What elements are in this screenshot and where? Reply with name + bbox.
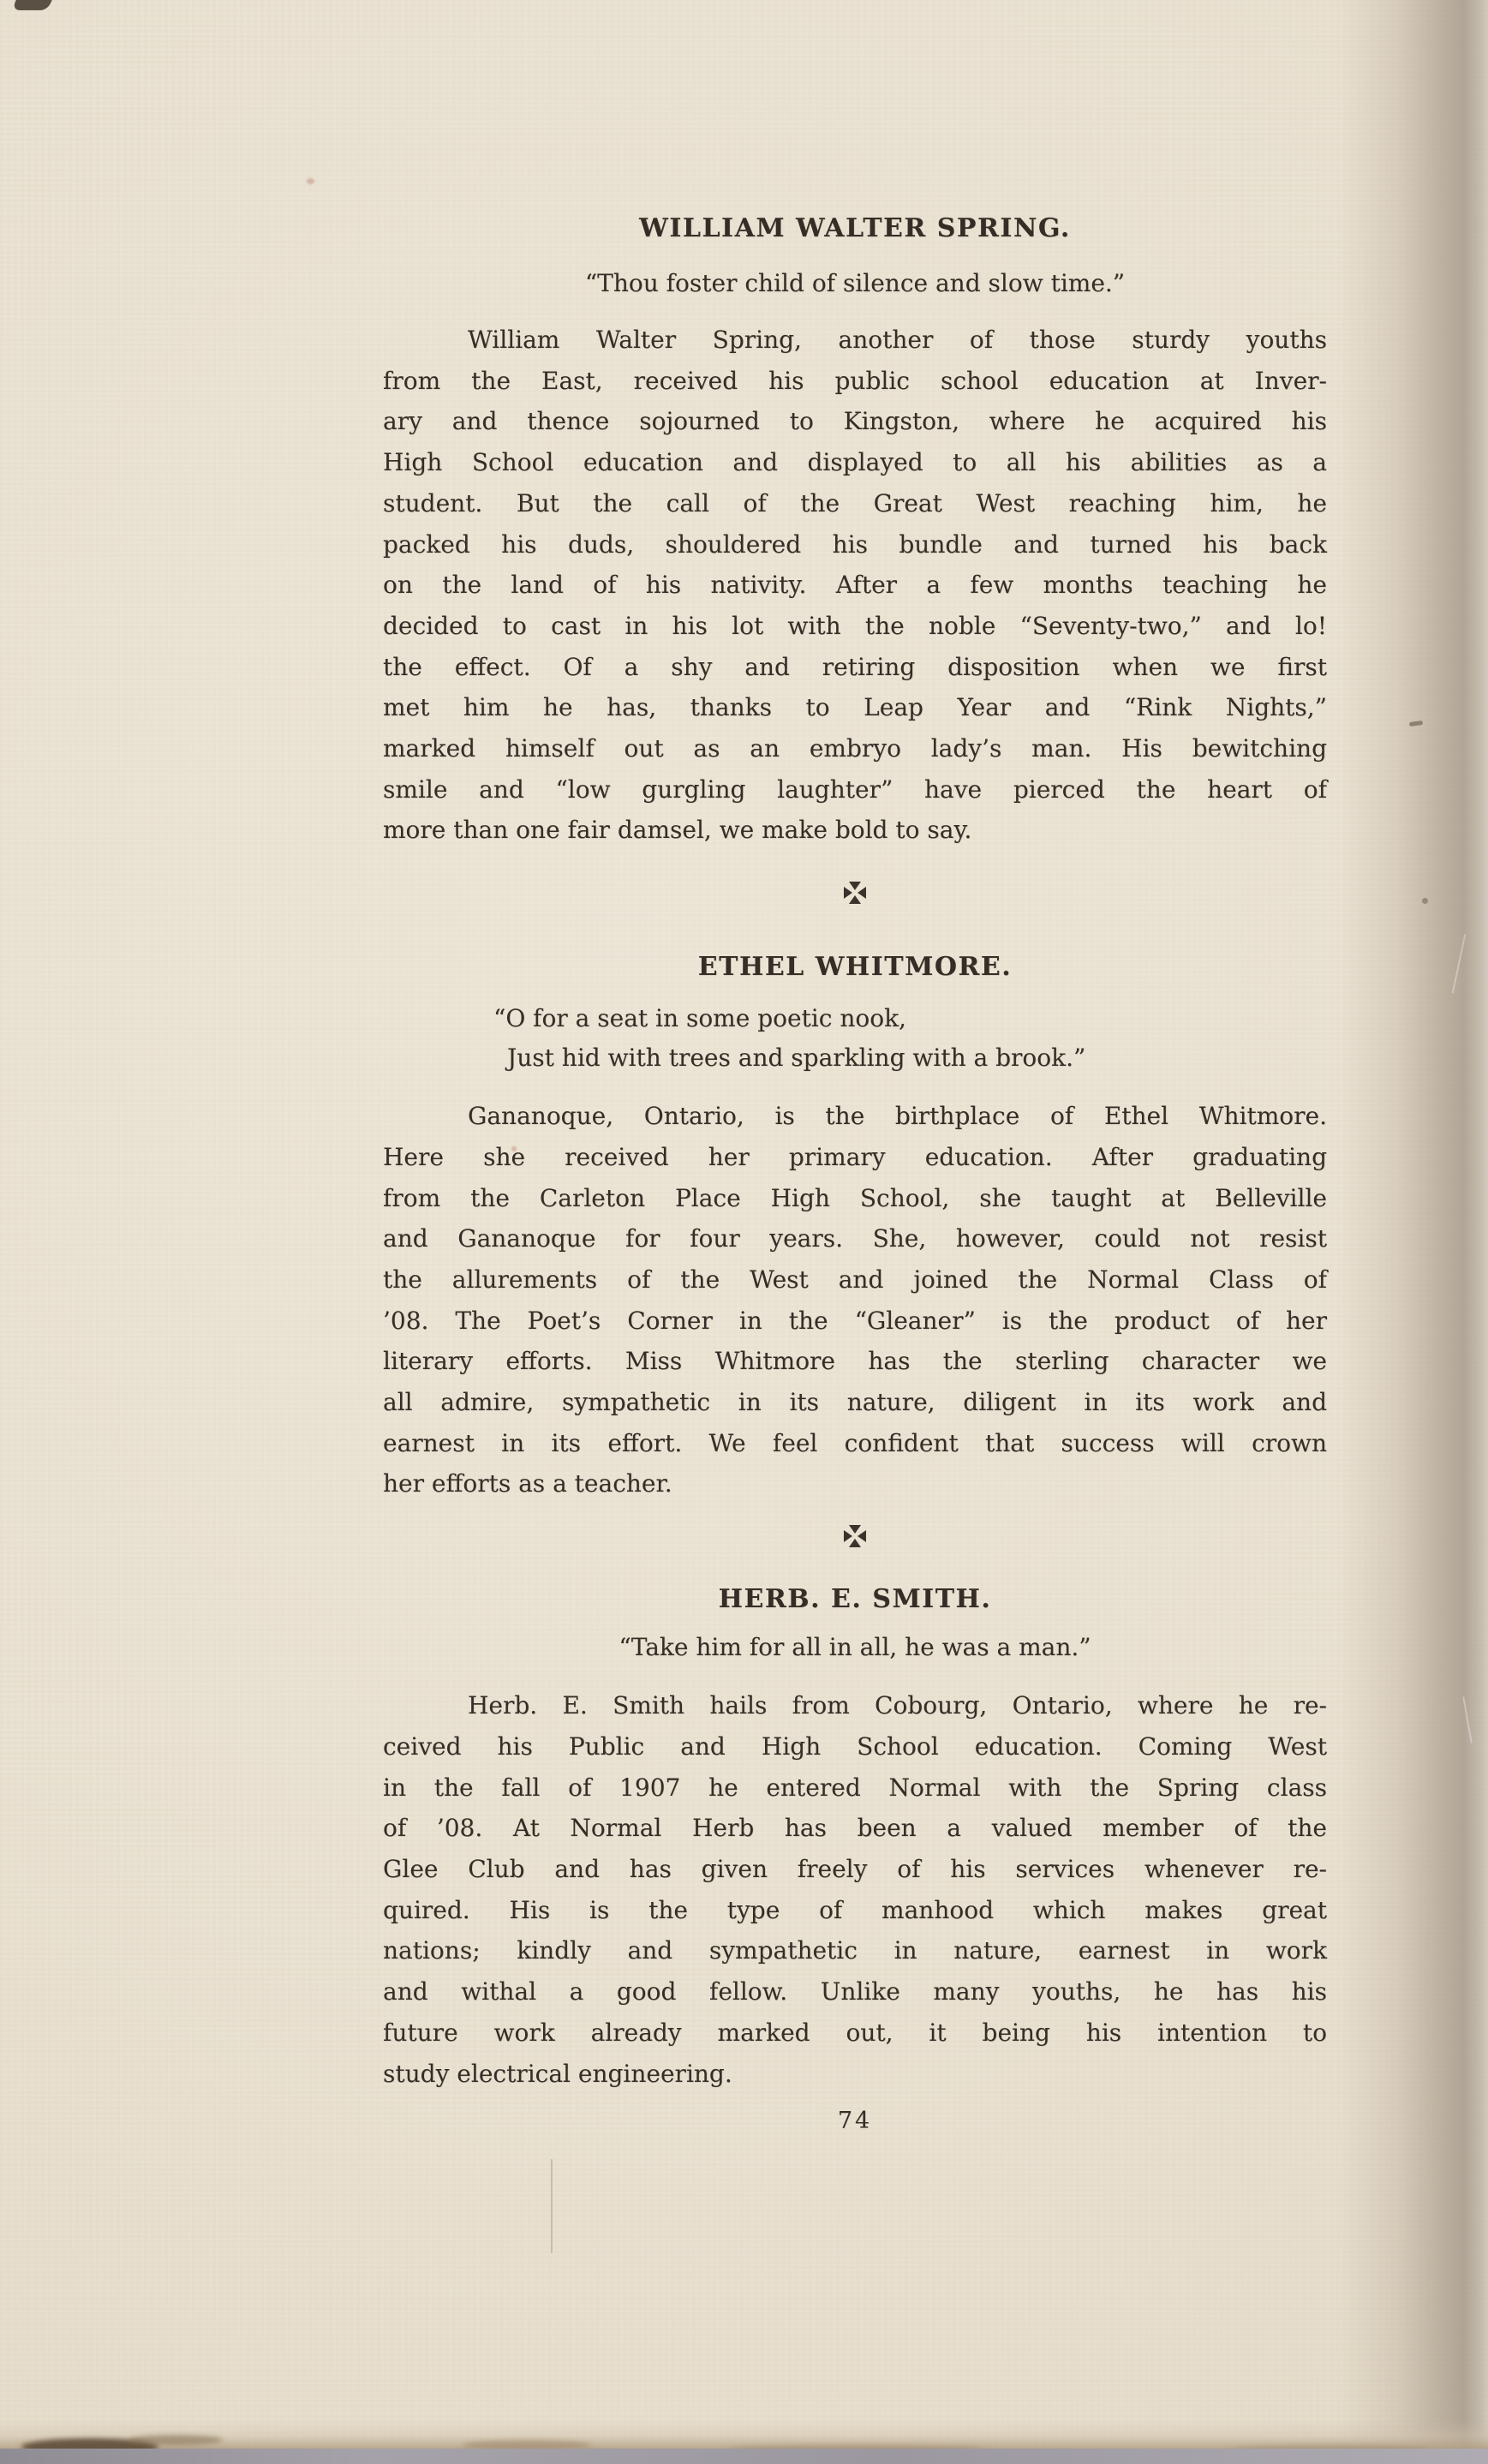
paragraph-line: on the land of his nativity. After a few… <box>383 565 1327 606</box>
paragraph-line: William Walter Spring, another of those … <box>383 320 1327 361</box>
document-section: HERB. E. SMITH.“Take him for all in all,… <box>383 1582 1327 2094</box>
paragraph-line: future work already marked out, it being… <box>383 2012 1327 2054</box>
section-divider-ornament <box>844 882 866 904</box>
paper-crease <box>551 2159 553 2253</box>
paragraph-line: smile and “low gurgling laughter” have p… <box>383 769 1327 810</box>
section-heading: HERB. E. SMITH. <box>383 1582 1327 1618</box>
section-divider-ornament <box>844 1525 866 1547</box>
section-quote: “Take him for all in all, he was a man.” <box>383 1628 1327 1667</box>
paragraph-line: her efforts as a teacher. <box>383 1463 1327 1504</box>
book-edge-shadow <box>1338 0 1488 2464</box>
paragraph-line: the effect. Of a shy and retiring dispos… <box>383 647 1327 688</box>
stain-speck <box>307 178 314 184</box>
paragraph-line: the allurements of the West and joined t… <box>383 1259 1327 1301</box>
paragraph-line: in the fall of 1907 he entered Normal wi… <box>383 1767 1327 1809</box>
section-heading: WILLIAM WALTER SPRING. <box>383 211 1327 247</box>
paragraph-line: student. But the call of the Great West … <box>383 483 1327 524</box>
paragraph-line: ’08. The Poet’s Corner in the “Gleaner” … <box>383 1301 1327 1342</box>
section-quote: “Thou foster child of silence and slow t… <box>383 264 1327 303</box>
section-heading: ETHEL WHITMORE. <box>383 949 1327 985</box>
page-number: 74 <box>383 2104 1327 2138</box>
paragraph-line: marked himself out as an embryo lady’s m… <box>383 728 1327 769</box>
sections-host: WILLIAM WALTER SPRING.“Thou foster child… <box>383 211 1327 2094</box>
quote-line: “O for a seat in some poetic nook, <box>493 999 1327 1038</box>
paragraph-line: from the Carleton Place High School, she… <box>383 1178 1327 1219</box>
ornament-arrowhead <box>858 887 866 899</box>
section-paragraph: William Walter Spring, another of those … <box>383 320 1327 851</box>
paragraph-line: ary and thence sojourned to Kingston, wh… <box>383 401 1327 442</box>
section-paragraph: Herb. E. Smith hails from Cobourg, Ontar… <box>383 1685 1327 2094</box>
scanned-book-page: { "page": { "number": "74", "ornament_ic… <box>0 0 1488 2464</box>
quote-line: Just hid with trees and sparkling with a… <box>493 1038 1327 1078</box>
paragraph-line: earnest in its effort. We feel confident… <box>383 1423 1327 1464</box>
paragraph-line: Gananoque, Ontario, is the birthplace of… <box>383 1096 1327 1137</box>
paragraph-line: Here she received her primary education.… <box>383 1137 1327 1178</box>
paragraph-line: and withal a good fellow. Unlike many yo… <box>383 1971 1327 2012</box>
document-section: WILLIAM WALTER SPRING.“Thou foster child… <box>383 211 1327 904</box>
paragraph-line: decided to cast in his lot with the nobl… <box>383 606 1327 647</box>
paragraph-line: more than one fair damsel, we make bold … <box>383 810 1327 851</box>
page-content: WILLIAM WALTER SPRING.“Thou foster child… <box>383 0 1327 2138</box>
section-quote: “O for a seat in some poetic nook,Just h… <box>383 999 1327 1078</box>
document-section: ETHEL WHITMORE.“O for a seat in some poe… <box>383 949 1327 1547</box>
ornament-arrowhead <box>844 1530 852 1542</box>
paragraph-line: quired. His is the type of manhood which… <box>383 1890 1327 1931</box>
paragraph-line: Glee Club and has given freely of his se… <box>383 1849 1327 1890</box>
paragraph-line: study electrical engineering. <box>383 2054 1327 2095</box>
quote-line: “Take him for all in all, he was a man.” <box>383 1628 1327 1667</box>
paragraph-line: literary efforts. Miss Whitmore has the … <box>383 1341 1327 1382</box>
section-paragraph: Gananoque, Ontario, is the birthplace of… <box>383 1096 1327 1504</box>
paragraph-line: High School education and displayed to a… <box>383 442 1327 483</box>
scanner-background-band <box>0 2449 1488 2464</box>
paragraph-line: and Gananoque for four years. She, howev… <box>383 1218 1327 1259</box>
paragraph-line: all admire, sympathetic in its nature, d… <box>383 1382 1327 1423</box>
paragraph-line: nations; kindly and sympathetic in natur… <box>383 1930 1327 1971</box>
ornament-arrowhead <box>844 887 852 899</box>
quote-line: “Thou foster child of silence and slow t… <box>383 264 1327 303</box>
paragraph-line: ceived his Public and High School educat… <box>383 1726 1327 1767</box>
paragraph-line: met him he has, thanks to Leap Year and … <box>383 687 1327 728</box>
paragraph-line: of ’08. At Normal Herb has been a valued… <box>383 1808 1327 1849</box>
bottom-edge-smudge <box>128 2435 223 2445</box>
ornament-arrowhead <box>858 1530 866 1542</box>
paragraph-line: packed his duds, shouldered his bundle a… <box>383 524 1327 565</box>
paragraph-line: Herb. E. Smith hails from Cobourg, Ontar… <box>383 1685 1327 1726</box>
paragraph-line: from the East, received his public schoo… <box>383 361 1327 402</box>
